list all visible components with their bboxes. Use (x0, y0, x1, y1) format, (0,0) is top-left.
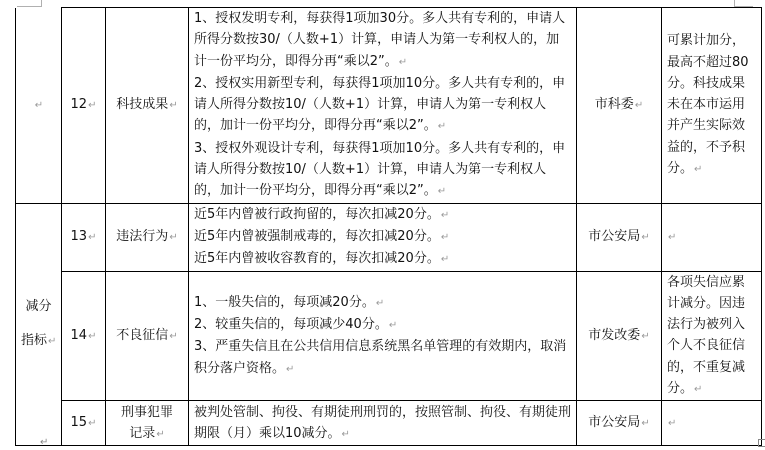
note-cell: 各项失信应累计减分。因违法行为被列入个人不良征信的，不重复减分。↵ (662, 271, 762, 401)
group-cell-deduction: 减分 指标↵ (16, 203, 62, 446)
paragraph-mark-icon: ↵ (668, 418, 676, 429)
row-number: 15 (71, 415, 88, 430)
rule-text: 1、授权发明专利，每获得1项加30分。多人共有专利的，申请人所得分数按30/（人… (194, 11, 565, 69)
paragraph-mark-icon: ↵ (342, 429, 350, 440)
group-cell-empty: ↵ (16, 8, 62, 204)
points-rules-table: ↵ 12↵ 科技成果↵ 1、授权发明专利，每获得1项加30分。多人共有专利的，申… (15, 7, 762, 446)
item-name-cell: 不良征信↵ (106, 271, 189, 401)
note-text: 各项失信应累计减分。因违法行为被列入个人不良征信的，不重复减分。 (667, 275, 745, 396)
department-name: 市公安局 (588, 415, 640, 430)
department-name: 市科委 (595, 97, 634, 112)
department-name: 市发改委 (588, 328, 640, 343)
item-name: 不良征信 (116, 328, 168, 343)
paragraph-mark-icon: ↵ (169, 100, 177, 111)
group-label-line: 减分 (21, 290, 56, 324)
note-cell: 可累计加分，最高不超过80分。科技成果未在本市运用并产生实际效益的，不予积分。↵ (662, 8, 762, 204)
paragraph-mark-icon: ↵ (48, 336, 56, 347)
paragraph-mark-icon: ↵ (88, 418, 96, 429)
note-text: 可累计加分，最高不超过80分。科技成果未在本市运用并产生实际效益的，不予积分。 (667, 33, 749, 176)
paragraph-mark-icon: ↵ (376, 298, 384, 309)
paragraph-mark-icon: ↵ (441, 232, 449, 243)
rule-cell: 1、授权发明专利，每获得1项加30分。多人共有专利的，申请人所得分数按30/（人… (189, 8, 577, 204)
paragraph-mark-icon: ↵ (641, 232, 649, 243)
note-cell: ↵ (662, 203, 762, 271)
paragraph-mark-icon: ↵ (40, 437, 48, 448)
rule-text: 2、授权实用新型专利，每获得1项加10分。多人共有专利的，申请人所得分数按10/… (194, 76, 565, 134)
table-row-15: 15↵ 刑事犯罪 记录↵ 被判处管制、拘役、有期徒刑刑罚的，按照管制、拘役、有期… (16, 401, 762, 446)
department-cell: 市发改委↵ (577, 271, 662, 401)
row-number-cell: 12↵ (62, 8, 106, 204)
department-cell: 市科委↵ (577, 8, 662, 204)
paragraph-mark-icon: ↵ (668, 232, 676, 243)
department-cell: 市公安局↵ (577, 401, 662, 446)
row-number: 14 (71, 328, 88, 343)
paragraph-mark-icon: ↵ (88, 331, 96, 342)
note-cell: ↵ (662, 401, 762, 446)
row-number-cell: 13↵ (62, 203, 106, 271)
paragraph-mark-icon: ↵ (441, 210, 449, 221)
table-row-13: 减分 指标↵ 13↵ 违法行为↵ 近5年内曾被行政拘留的，每次扣减20分。↵ 近… (16, 203, 762, 271)
table-row-14: 14↵ 不良征信↵ 1、一般失信的，每项减20分。↵ 2、较重失信的，每项减少4… (16, 271, 762, 401)
paragraph-mark-icon: ↵ (438, 186, 446, 197)
paragraph-mark-icon: ↵ (694, 384, 702, 395)
paragraph-mark-icon: ↵ (641, 418, 649, 429)
paragraph-mark-icon: ↵ (286, 364, 294, 375)
paragraph-mark-icon: ↵ (88, 232, 96, 243)
page-corner-mark-right (734, 0, 753, 7)
rule-text: 被判处管制、拘役、有期徒刑刑罚的，按照管制、拘役、有期徒刑期限（月）乘以10减分… (194, 405, 571, 441)
paragraph-mark-icon: ↵ (169, 331, 177, 342)
item-name-line: 记录 (129, 426, 155, 441)
rule-text: 3、授权外观设计专利，每获得1项加10分。多人共有专利的，申请人所得分数按10/… (194, 141, 565, 199)
rule-text: 近5年内曾被强制戒毒的，每次扣减20分。 (194, 229, 440, 244)
rule-cell: 1、一般失信的，每项减20分。↵ 2、较重失信的，每项减少40分。↵ 3、严重失… (189, 271, 577, 401)
paragraph-mark-icon: ↵ (438, 121, 446, 132)
paragraph-mark-icon: ↵ (399, 57, 407, 68)
department-cell: 市公安局↵ (577, 203, 662, 271)
rule-text: 3、严重失信且在公共信用信息系统黑名单管理的有效期内，取消积分落户资格。 (194, 339, 566, 375)
rule-text: 近5年内曾被收容教育的，每次扣减20分。 (194, 251, 440, 266)
row-number: 12 (71, 97, 88, 112)
paragraph-mark-icon: ↵ (635, 100, 643, 111)
item-name: 违法行为 (116, 229, 168, 244)
group-label-line: 指标 (21, 333, 47, 348)
item-name: 科技成果 (116, 97, 168, 112)
paragraph-mark-icon: ↵ (88, 100, 96, 111)
page-corner-mark (17, 0, 42, 7)
paragraph-mark-icon: ↵ (156, 429, 164, 440)
department-name: 市公安局 (588, 229, 640, 244)
paragraph-mark-icon: ↵ (641, 331, 649, 342)
row-number: 13 (71, 229, 88, 244)
paragraph-mark-icon: ↵ (35, 100, 43, 111)
rule-text: 1、一般失信的，每项减20分。 (194, 295, 375, 310)
table-resize-handle[interactable] (758, 439, 765, 447)
item-name-line: 刑事犯罪 (111, 402, 183, 423)
rule-cell: 近5年内曾被行政拘留的，每次扣减20分。↵ 近5年内曾被强制戒毒的，每次扣减20… (189, 203, 577, 271)
rule-text: 近5年内曾被行政拘留的，每次扣减20分。 (194, 207, 440, 222)
row-number-cell: 15↵ (62, 401, 106, 446)
table-row-12: ↵ 12↵ 科技成果↵ 1、授权发明专利，每获得1项加30分。多人共有专利的，申… (16, 8, 762, 204)
paragraph-mark-icon: ↵ (694, 164, 702, 175)
paragraph-mark-icon: ↵ (169, 232, 177, 243)
item-name-cell: 刑事犯罪 记录↵ (106, 401, 189, 446)
item-name-cell: 科技成果↵ (106, 8, 189, 204)
paragraph-mark-icon: ↵ (441, 254, 449, 265)
item-name-cell: 违法行为↵ (106, 203, 189, 271)
row-number-cell: 14↵ (62, 271, 106, 401)
paragraph-mark-icon: ↵ (389, 320, 397, 331)
rule-text: 2、较重失信的，每项减少40分。 (194, 317, 388, 332)
rule-cell: 被判处管制、拘役、有期徒刑刑罚的，按照管制、拘役、有期徒刑期限（月）乘以10减分… (189, 401, 577, 446)
